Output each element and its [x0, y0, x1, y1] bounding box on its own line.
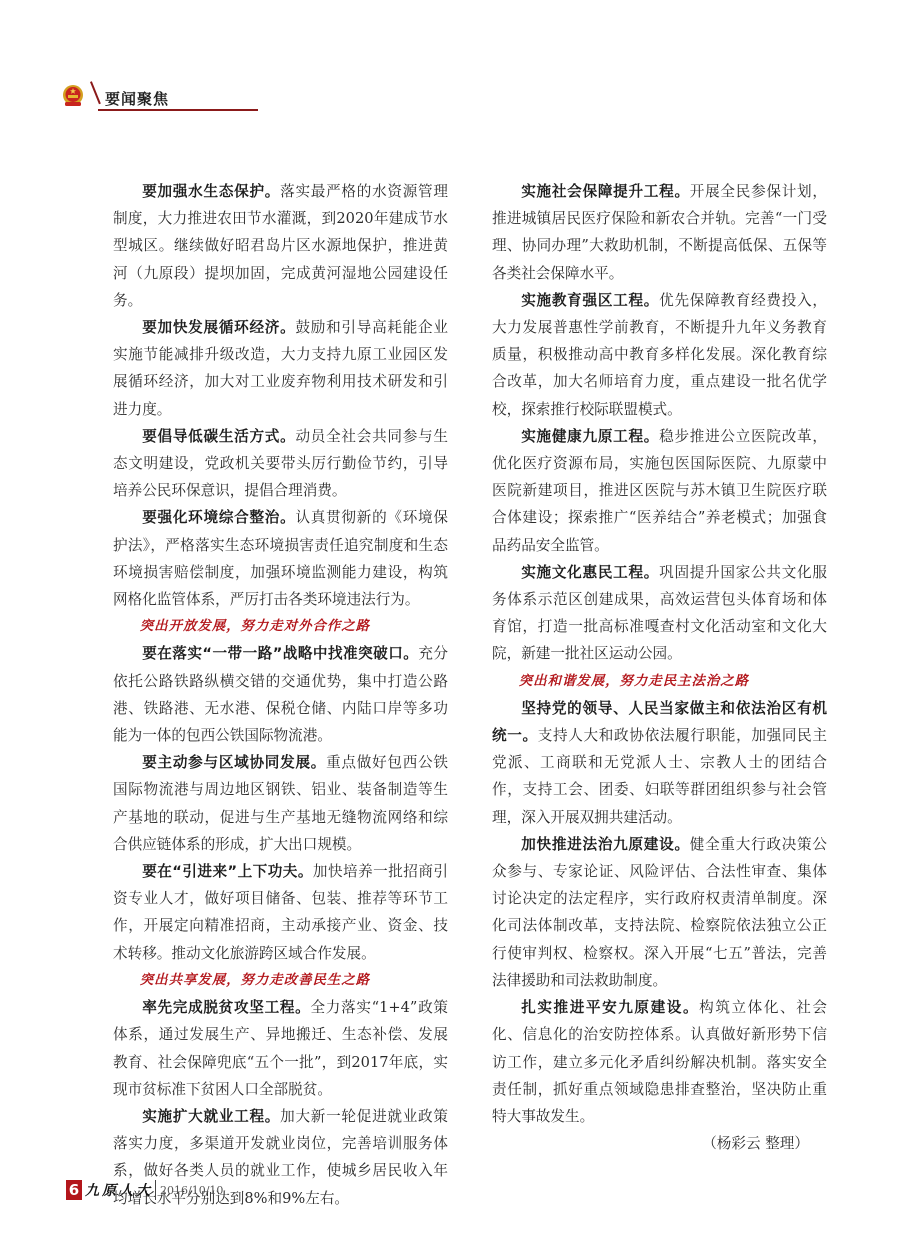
- paragraph-lead: 要在落实“一带一路”战略中找准突破口。: [142, 645, 418, 662]
- paragraph-body: 支持人大和政协依法履行职能，加强同民主党派、工商联和无党派人士、宗教人士的团结合…: [492, 727, 827, 826]
- article-paragraph: 实施社会保障提升工程。开展全民参保计划，推进城镇居民医疗保险和新农合并轨。完善“…: [492, 178, 827, 287]
- article-paragraph: 要在“引进来”上下功夫。加快培养一批招商引资专业人才，做好项目储备、包装、推荐等…: [113, 858, 448, 967]
- left-column: 要加强水生态保护。落实最严格的水资源管理制度，大力推进农田节水灌溉，到2020年…: [113, 178, 448, 1212]
- right-column: 实施社会保障提升工程。开展全民参保计划，推进城镇居民医疗保险和新农合并轨。完善“…: [492, 178, 827, 1157]
- section-heading: 突出共享发展，努力走改善民生之路: [113, 967, 448, 994]
- paragraph-lead: 实施教育强区工程。: [521, 292, 659, 309]
- article-paragraph: 实施教育强区工程。优先保障教育经费投入，大力发展普惠性学前教育，不断提升九年义务…: [492, 287, 827, 423]
- editor-signature: （杨彩云 整理）: [492, 1130, 827, 1157]
- footer-divider: [155, 1180, 156, 1200]
- paragraph-body: 健全重大行政决策公众参与、专家论证、风险评估、合法性审查、集体讨论决定的法定程序…: [492, 836, 827, 989]
- paragraph-lead: 率先完成脱贫攻坚工程。: [142, 999, 310, 1016]
- paragraph-lead: 要倡导低碳生活方式。: [142, 428, 295, 445]
- article-paragraph: 实施健康九原工程。稳步推进公立医院改革，优化医疗资源布局，实施包医国际医院、九原…: [492, 423, 827, 559]
- paragraph-body: 优先保障教育经费投入，大力发展普惠性学前教育，不断提升九年义务教育质量，积极推动…: [492, 292, 827, 418]
- article-paragraph: 加快推进法治九原建设。健全重大行政决策公众参与、专家论证、风险评估、合法性审查、…: [492, 831, 827, 994]
- paragraph-body: 稳步推进公立医院改革，优化医疗资源布局，实施包医国际医院、九原蒙中医院新建项目，…: [492, 428, 827, 554]
- section-title: 要闻聚焦: [105, 88, 169, 109]
- paragraph-lead: 要强化环境综合整治。: [142, 509, 295, 526]
- section-heading: 突出开放发展，努力走对外合作之路: [113, 613, 448, 640]
- paragraph-body: 构筑立体化、社会化、信息化的治安防控体系。认真做好新形势下信访工作，建立多元化矛…: [492, 999, 827, 1125]
- article-paragraph: 要在落实“一带一路”战略中找准突破口。充分依托公路铁路纵横交错的交通优势，集中打…: [113, 640, 448, 749]
- article-paragraph: 坚持党的领导、人民当家做主和依法治区有机统一。支持人大和政协依法履行职能，加强同…: [492, 695, 827, 831]
- paragraph-lead: 扎实推进平安九原建设。: [521, 999, 699, 1016]
- page-number: 6: [66, 1180, 82, 1200]
- article-paragraph: 要加强水生态保护。落实最严格的水资源管理制度，大力推进农田节水灌溉，到2020年…: [113, 178, 448, 314]
- paragraph-lead: 要加快发展循环经济。: [142, 319, 295, 336]
- page-footer: 6 九原人大 2016/10/10: [66, 1178, 223, 1202]
- article-paragraph: 要强化环境综合整治。认真贯彻新的《环境保护法》，严格落实生态环境损害责任追究制度…: [113, 504, 448, 613]
- paragraph-lead: 实施社会保障提升工程。: [521, 183, 690, 200]
- header-divider-slash: [90, 81, 101, 104]
- paragraph-lead: 实施健康九原工程。: [521, 428, 659, 445]
- paragraph-lead: 实施文化惠民工程。: [521, 564, 659, 581]
- paragraph-lead: 加快推进法治九原建设。: [521, 836, 690, 853]
- paragraph-lead: 实施扩大就业工程。: [142, 1108, 280, 1125]
- issue-date: 2016/10/10: [160, 1184, 223, 1197]
- national-emblem-icon: [62, 84, 84, 108]
- paragraph-body: 落实最严格的水资源管理制度，大力推进农田节水灌溉，到2020年建成节水型城区。继…: [113, 183, 448, 309]
- article-paragraph: 率先完成脱贫攻坚工程。全力落实“1+4”政策体系，通过发展生产、异地搬迁、生态补…: [113, 994, 448, 1103]
- magazine-name: 九原人大: [85, 1180, 153, 1200]
- article-paragraph: 要倡导低碳生活方式。动员全社会共同参与生态文明建设，党政机关要带头厉行勤俭节约，…: [113, 423, 448, 505]
- article-paragraph: 扎实推进平安九原建设。构筑立体化、社会化、信息化的治安防控体系。认真做好新形势下…: [492, 994, 827, 1130]
- section-header: 要闻聚焦: [60, 82, 320, 118]
- header-underline: [98, 109, 258, 111]
- section-heading: 突出和谐发展，努力走民主法治之路: [492, 668, 827, 695]
- paragraph-lead: 要加强水生态保护。: [142, 183, 280, 200]
- paragraph-lead: 要在“引进来”上下功夫。: [142, 863, 313, 880]
- article-paragraph: 要主动参与区域协同发展。重点做好包西公铁国际物流港与周边地区钢铁、铝业、装备制造…: [113, 749, 448, 858]
- article-paragraph: 要加快发展循环经济。鼓励和引导高耗能企业实施节能减排升级改造，大力支持九原工业园…: [113, 314, 448, 423]
- article-paragraph: 实施文化惠民工程。巩固提升国家公共文化服务体系示范区创建成果，高效运营包头体育场…: [492, 559, 827, 668]
- paragraph-lead: 要主动参与区域协同发展。: [142, 754, 326, 771]
